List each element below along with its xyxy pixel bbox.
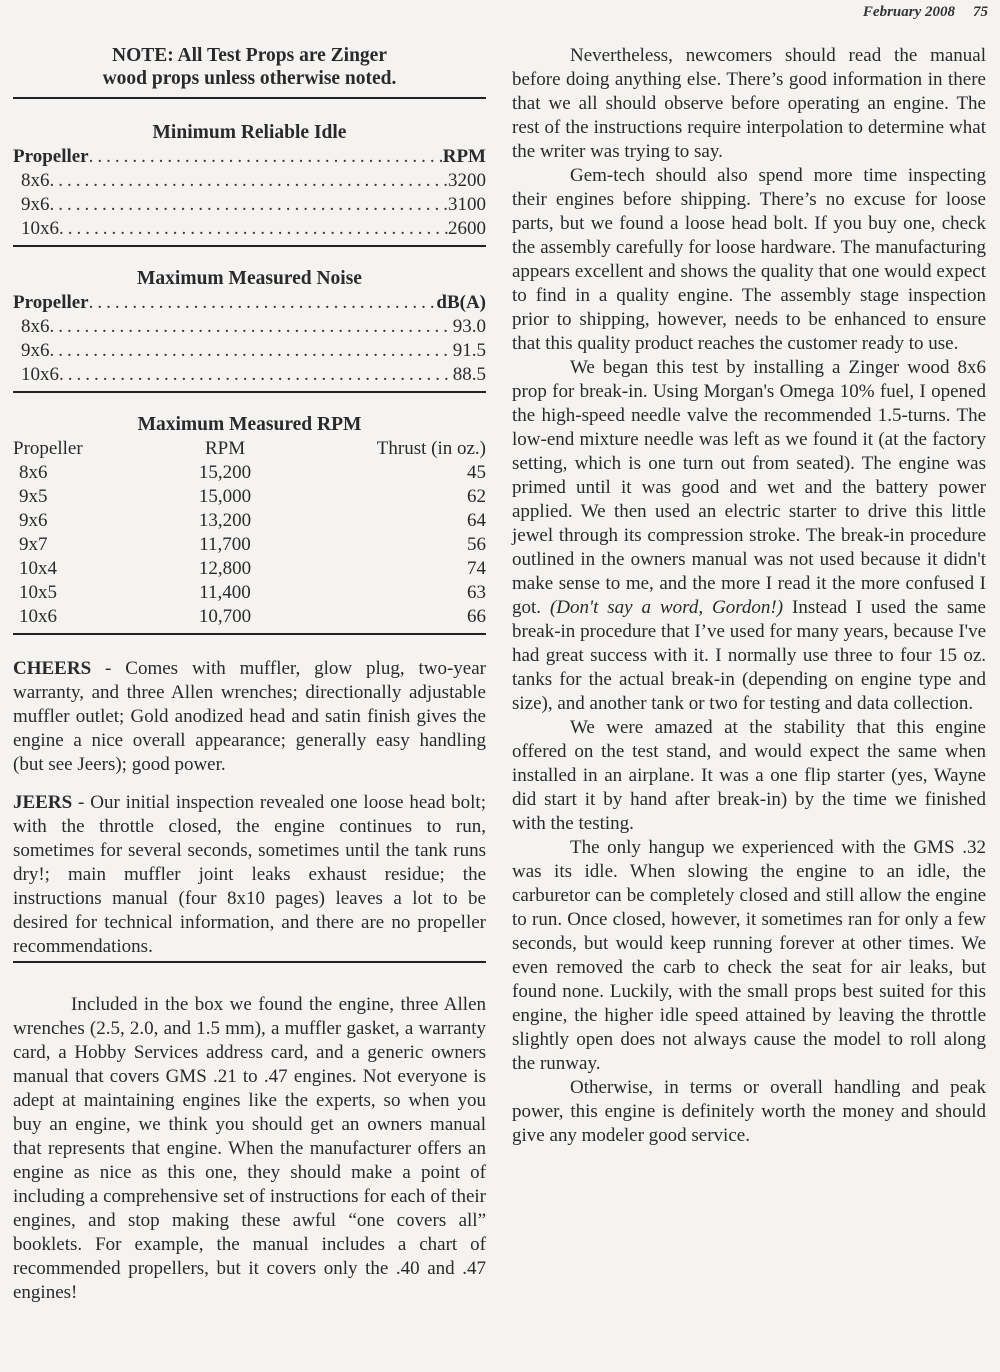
divider	[13, 391, 486, 393]
italic-aside: (Don't say a word, Gordon!)	[550, 597, 783, 618]
page-number: 75	[973, 4, 988, 20]
idle-rpm: 3200	[448, 169, 486, 193]
rpm-table-section: Maximum Measured RPM Propeller RPM Thrus…	[13, 413, 486, 629]
table-header: Propeller ..............................…	[13, 145, 486, 169]
jeers-label: JEERS	[13, 792, 72, 813]
prop-size: 10x6	[13, 363, 59, 387]
issue-date: February 2008	[863, 4, 955, 20]
table-row: 9x6 ....................................…	[13, 339, 486, 363]
dot-leader: ........................................…	[89, 291, 437, 315]
col-rpm: RPM	[174, 437, 306, 461]
table-header: Propeller ..............................…	[13, 291, 486, 315]
prop-size: 10x5	[13, 581, 174, 605]
noise-db: 93.0	[453, 315, 486, 339]
test-props-note: NOTE: All Test Props are Zinger wood pro…	[13, 44, 486, 90]
idle-rpm: 2600	[448, 217, 486, 241]
rpm-value: 11,700	[174, 533, 306, 557]
table-title: Maximum Measured Noise	[13, 267, 486, 291]
prop-size: 8x6	[13, 461, 174, 485]
table-row: 10x511,40063	[13, 581, 486, 605]
divider	[13, 245, 486, 247]
dot-leader: ........................................…	[89, 145, 443, 169]
rpm-value: 15,200	[174, 461, 306, 485]
thrust-value: 64	[306, 509, 486, 533]
body-paragraph: Otherwise, in terms or overall handling …	[512, 1076, 986, 1148]
dot-leader: ........................................…	[50, 169, 449, 193]
col-propeller: Propeller	[13, 437, 174, 461]
body-paragraph: The only hangup we experienced with the …	[512, 836, 986, 1076]
table-row: 10x6 ...................................…	[13, 363, 486, 387]
col-rpm: RPM	[443, 145, 486, 169]
rpm-thrust-table: Propeller RPM Thrust (in oz.) 8x615,2004…	[13, 437, 486, 629]
dot-leader: ........................................…	[50, 339, 453, 363]
prop-size: 10x4	[13, 557, 174, 581]
noise-table: Maximum Measured Noise Propeller .......…	[13, 267, 486, 387]
table-row: 9x6 ....................................…	[13, 193, 486, 217]
noise-db: 91.5	[453, 339, 486, 363]
prop-size: 8x6	[13, 315, 50, 339]
note-line-1: NOTE: All Test Props are Zinger	[13, 44, 486, 67]
thrust-value: 63	[306, 581, 486, 605]
idle-table: Minimum Reliable Idle Propeller ........…	[13, 121, 486, 241]
col-dba: dB(A)	[436, 291, 486, 315]
thrust-value: 74	[306, 557, 486, 581]
thrust-value: 62	[306, 485, 486, 509]
thrust-value: 56	[306, 533, 486, 557]
table-title: Minimum Reliable Idle	[13, 121, 486, 145]
dot-leader: ........................................…	[50, 315, 453, 339]
noise-db: 88.5	[453, 363, 486, 387]
page-header: February 200875	[863, 4, 988, 21]
prop-size: 9x5	[13, 485, 174, 509]
right-column: Nevertheless, newcomers should read the …	[512, 44, 986, 1148]
dot-leader: ........................................…	[59, 217, 448, 241]
note-line-2: wood props unless otherwise noted.	[13, 67, 486, 90]
cheers-label: CHEERS	[13, 658, 91, 679]
table-row: 8x6 ....................................…	[13, 169, 486, 193]
col-thrust: Thrust (in oz.)	[306, 437, 486, 461]
body-paragraph: Gem-tech should also spend more time ins…	[512, 164, 986, 356]
table-row: 10x412,80074	[13, 557, 486, 581]
table-row: 10x6 ...................................…	[13, 217, 486, 241]
col-propeller: Propeller	[13, 145, 89, 169]
body-paragraph: We began this test by installing a Zinge…	[512, 356, 986, 716]
rpm-value: 13,200	[174, 509, 306, 533]
divider	[13, 961, 486, 963]
jeers-text: - Our initial inspection revealed one lo…	[13, 792, 486, 957]
idle-rpm: 3100	[448, 193, 486, 217]
text-run: We began this test by installing a Zinge…	[512, 357, 986, 618]
prop-size: 10x6	[13, 217, 59, 241]
dot-leader: ........................................…	[59, 363, 453, 387]
prop-size: 9x6	[13, 509, 174, 533]
thrust-value: 45	[306, 461, 486, 485]
table-row: 8x615,20045	[13, 461, 486, 485]
rpm-value: 12,800	[174, 557, 306, 581]
prop-size: 8x6	[13, 169, 50, 193]
col-propeller: Propeller	[13, 291, 89, 315]
body-paragraph: Nevertheless, newcomers should read the …	[512, 44, 986, 164]
dot-leader: ........................................…	[50, 193, 449, 217]
rpm-value: 15,000	[174, 485, 306, 509]
divider	[13, 633, 486, 635]
table-row: 9x613,20064	[13, 509, 486, 533]
thrust-value: 66	[306, 605, 486, 629]
table-header: Propeller RPM Thrust (in oz.)	[13, 437, 486, 461]
body-paragraph: We were amazed at the stability that thi…	[512, 716, 986, 836]
table-row: 9x515,00062	[13, 485, 486, 509]
table-row: 8x6 ....................................…	[13, 315, 486, 339]
left-column: NOTE: All Test Props are Zinger wood pro…	[13, 44, 486, 1305]
rpm-value: 11,400	[174, 581, 306, 605]
divider	[13, 97, 486, 99]
prop-size: 9x6	[13, 339, 50, 363]
table-row: 10x610,70066	[13, 605, 486, 629]
prop-size: 10x6	[13, 605, 174, 629]
rpm-value: 10,700	[174, 605, 306, 629]
prop-size: 9x6	[13, 193, 50, 217]
jeers-paragraph: JEERS - Our initial inspection revealed …	[13, 791, 486, 959]
table-title: Maximum Measured RPM	[13, 413, 486, 437]
table-row: 9x711,70056	[13, 533, 486, 557]
prop-size: 9x7	[13, 533, 174, 557]
body-paragraph: Included in the box we found the engine,…	[13, 993, 486, 1305]
cheers-paragraph: CHEERS - Comes with muffler, glow plug, …	[13, 657, 486, 777]
